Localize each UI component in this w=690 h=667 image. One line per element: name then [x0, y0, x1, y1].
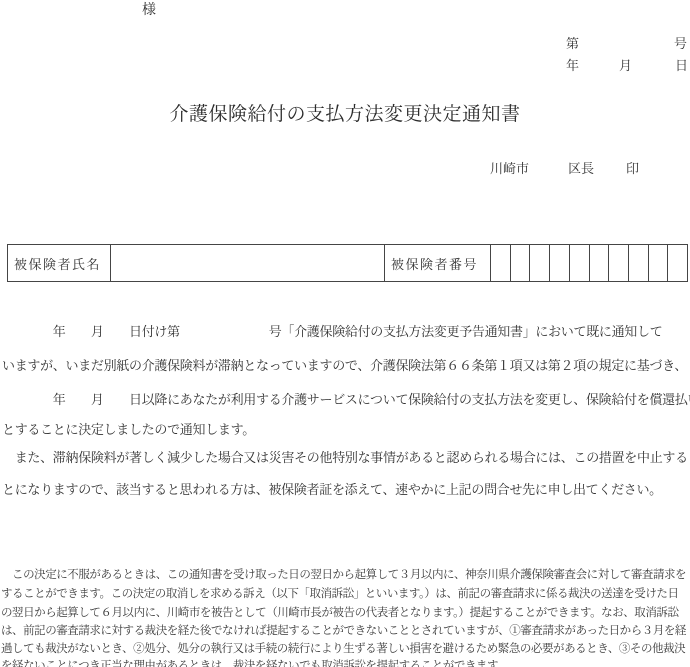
body-line: 年 月 日付け第 号「介護保険給付の支払方法変更予告通知書」において既に通知して: [2, 325, 662, 340]
insured-number-digit-cell[interactable]: [550, 245, 570, 281]
insured-number-digit-cell[interactable]: [491, 245, 511, 281]
body-line: いますが、いまだ別紙の介護保険料が滞納となっていますので、介護保険法第６６条第１…: [2, 359, 687, 374]
insured-name-field[interactable]: [111, 245, 385, 281]
recipient-honorific: 様: [142, 3, 156, 19]
appeal-note-line: することができます。この決定の取消しを求める訴え（以下「取消訴訟」といいます。）…: [1, 588, 679, 601]
ref-number-prefix: 第: [566, 37, 579, 52]
issuer-seal-mark: 印: [626, 162, 639, 177]
issuer-city: 川崎市: [490, 162, 529, 177]
appeal-note-line: 過しても裁決がないとき、②処分、処分の執行又は手続の続行により生ずる著しい損害を…: [1, 643, 685, 656]
page-title: 介護保険給付の支払方法変更決定通知書: [0, 104, 690, 126]
body-line: また、滞納保険料が著しく減少した場合又は災害その他特別な事情があると認められる場…: [2, 451, 690, 466]
body-line: とすることに決定しましたので通知します。: [2, 423, 255, 438]
insured-person-table: 被保険者氏名 被保険者番号: [7, 244, 688, 282]
body-line: 年 月 日以降にあなたが利用する介護サービスについて保険給付の支払方法を変更し、…: [2, 393, 690, 408]
body-line: とになりますので、該当すると思われる方は、被保険者証を添えて、速やかに上記の問合…: [2, 483, 662, 498]
insured-number-digit-cell[interactable]: [609, 245, 629, 281]
insured-number-digit-cell[interactable]: [511, 245, 531, 281]
insured-number-digit-cell[interactable]: [649, 245, 669, 281]
appeal-note-line: は、前記の審査請求に対する裁決を経た後でなければ提起することができないこととされ…: [1, 625, 686, 638]
appeal-note-line: の翌日から起算して６月以内に、川崎市を被告として（川崎市長が被告の代表者となりま…: [1, 607, 679, 620]
appeal-note-line: この決定に不服があるときは、この通知書を受け取った日の翌日から起算して３月以内に…: [1, 569, 686, 582]
insured-number-label: 被保険者番号: [385, 245, 491, 281]
insured-name-label: 被保険者氏名: [8, 245, 111, 281]
insured-number-digit-cell[interactable]: [590, 245, 610, 281]
insured-number-digit-cell[interactable]: [570, 245, 590, 281]
issue-date-day-label: 日: [675, 59, 688, 74]
notice-document: 様 第 号 年 月 日 介護保険給付の支払方法変更決定通知書 川崎市 区長 印 …: [0, 0, 690, 667]
insured-number-digit-cell[interactable]: [530, 245, 550, 281]
issue-date-year-label: 年: [566, 59, 579, 74]
insured-number-digit-cell[interactable]: [629, 245, 649, 281]
issue-date-month-label: 月: [619, 59, 632, 74]
appeal-note-line: を経ないことにつき正当な理由があるときは、裁決を経ないでも取消訴訟を提起すること…: [1, 660, 508, 667]
ref-number-suffix: 号: [674, 37, 687, 52]
insured-number-digit-cell[interactable]: [668, 245, 687, 281]
insured-number-cells: [491, 245, 687, 281]
issuer-office: 区長: [568, 162, 594, 177]
